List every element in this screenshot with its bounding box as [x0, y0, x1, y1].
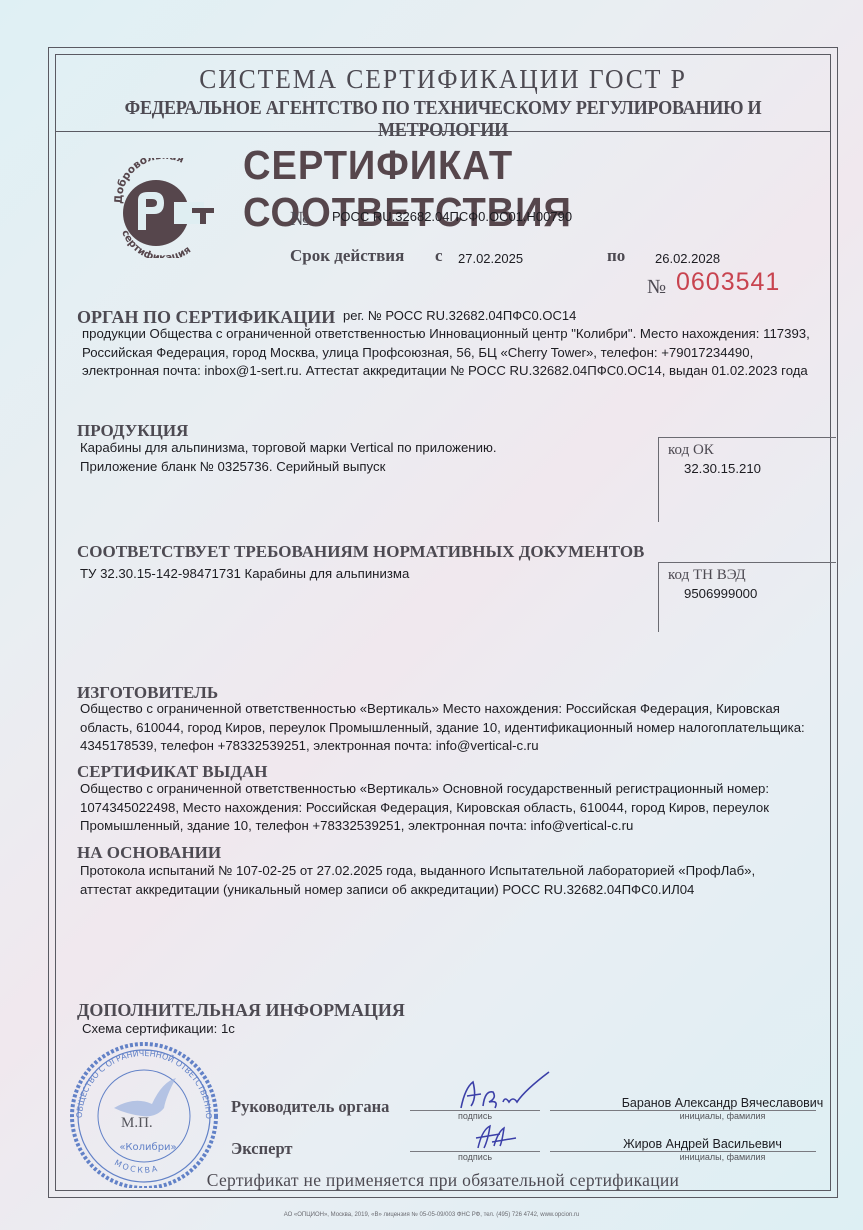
seal-stamp-icon: ОБЩЕСТВО С ОГРАНИЧЕННОЙ ОТВЕТСТВЕННОСТЬЮ…: [64, 1038, 224, 1188]
validity-label: Срок действия: [290, 246, 404, 266]
agency-title: ФЕДЕРАЛЬНОЕ АГЕНТСТВО ПО ТЕХНИЧЕСКОМУ РЕ…: [82, 98, 804, 142]
basis-details: Протокола испытаний № 107-02-25 от 27.02…: [80, 862, 755, 899]
section-heading-additional: ДОПОЛНИТЕЛЬНАЯ ИНФОРМАЦИЯ: [77, 1000, 405, 1021]
printer-imprint: АО «ОПЦИОН», Москва, 2019, «В» лицензия …: [0, 1212, 863, 1218]
stamp-center-text: «Колибри»: [119, 1142, 176, 1153]
expert-signature-icon: [472, 1122, 522, 1152]
validity-to-label: по: [607, 246, 625, 266]
expert-name: Жиров Андрей Васильевич: [590, 1137, 815, 1151]
tnved-code-box: код ТН ВЭД 9506999000: [658, 562, 836, 632]
rst-logo-icon: Добровольная сертификация: [108, 158, 218, 258]
tnved-code-label: код ТН ВЭД: [668, 567, 836, 584]
head-signature-icon: [455, 1068, 555, 1112]
blank-serial-number: 0603541: [676, 268, 780, 297]
validity-from-label: с: [435, 246, 443, 266]
ok-code-label: код ОК: [668, 442, 836, 459]
ok-code-box: код ОК 32.30.15.210: [658, 437, 836, 522]
certification-body-details: продукции Общества с ограниченной ответс…: [82, 325, 810, 381]
expert-label: Эксперт: [231, 1139, 293, 1159]
ok-code-value: 32.30.15.210: [684, 461, 836, 476]
issued-to-details: Общество с ограниченной ответственностью…: [80, 780, 769, 836]
head-signature-caption: подпись: [410, 1111, 540, 1121]
valid-from-date: 27.02.2025: [458, 251, 523, 266]
voluntary-certification-note: Сертификат не применяется при обязательн…: [55, 1170, 831, 1191]
section-heading-conformity: СООТВЕТСТВУЕТ ТРЕБОВАНИЯМ НОРМАТИВНЫХ ДО…: [77, 542, 644, 562]
expert-name-caption: инициалы, фамилия: [610, 1152, 835, 1162]
valid-to-date: 26.02.2028: [655, 251, 720, 266]
system-title: СИСТЕМА СЕРТИФИКАЦИИ ГОСТ Р: [74, 64, 811, 95]
number-sign: №: [290, 208, 309, 231]
head-of-body-label: Руководитель органа: [231, 1097, 389, 1117]
stamp-place-label: М.П.: [121, 1115, 153, 1132]
manufacturer-details: Общество с ограниченной ответственностью…: [80, 700, 805, 756]
expert-signature-caption: подпись: [410, 1152, 540, 1162]
certificate-number: РОСС RU.32682.04ПСФ0.ОС01.Н00790: [332, 209, 572, 224]
conformity-details: ТУ 32.30.15-142-98471731 Карабины для ал…: [80, 565, 409, 584]
head-name-caption: инициалы, фамилия: [610, 1111, 835, 1121]
header-divider: [55, 131, 831, 132]
section-heading-product: ПРОДУКЦИЯ: [77, 421, 188, 441]
section-heading-issued-to: СЕРТИФИКАТ ВЫДАН: [77, 762, 268, 782]
additional-details: Схема сертификации: 1с: [82, 1020, 235, 1039]
product-details: Карабины для альпинизма, торговой марки …: [80, 439, 497, 476]
head-name: Баранов Александр Вячеславович: [610, 1096, 835, 1110]
certification-body-reg: рег. № РОСС RU.32682.04ПФС0.ОС14: [343, 308, 576, 323]
blank-number-sign: №: [647, 276, 666, 299]
tnved-code-value: 9506999000: [684, 586, 836, 601]
section-heading-basis: НА ОСНОВАНИИ: [77, 843, 221, 863]
